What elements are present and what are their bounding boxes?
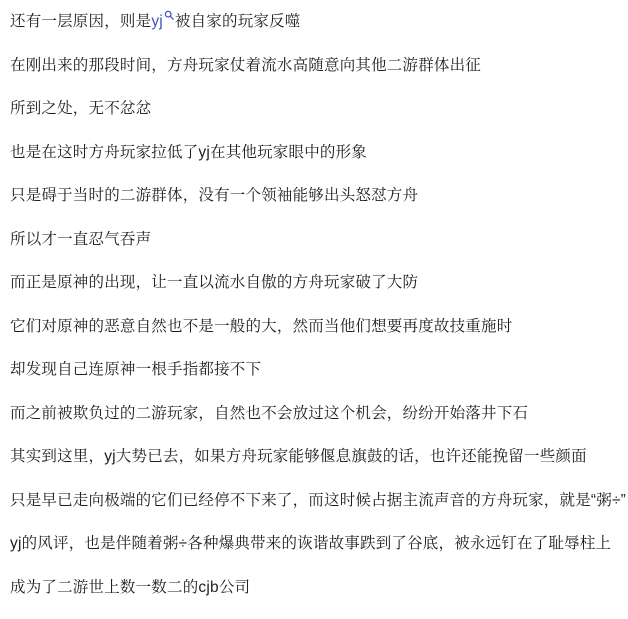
search-icon[interactable]: [164, 10, 174, 20]
paragraph: 而之前被欺负过的二游玩家，自然也不会放过这个机会，纷纷开始落井下石: [10, 403, 620, 424]
paragraph: 它们对原神的恶意自然也不是一般的大，然而当他们想要再度故技重施时: [10, 316, 620, 337]
article-body: 还有一层原因，则是yj 被自家的玩家反噬 在刚出来的那段时间，方舟玩家仗着流水高…: [0, 0, 628, 598]
paragraph: yj的风评，也是伴随着粥÷各种爆典带来的诙谐故事跌到了谷底，被永远钉在了耻辱柱上: [10, 533, 620, 554]
paragraph-text: 被自家的玩家反噬: [175, 13, 301, 30]
paragraph: 还有一层原因，则是yj 被自家的玩家反噬: [10, 10, 620, 32]
yj-entity-link[interactable]: yj: [151, 13, 163, 30]
paragraph: 所到之处，无不忿忿: [10, 98, 620, 119]
paragraph: 只是早已走向极端的它们已经停不下来了，而这时候占据主流声音的方舟玩家，就是“粥÷…: [10, 490, 620, 511]
paragraph: 只是碍于当时的二游群体，没有一个领袖能够出头怒怼方舟: [10, 185, 620, 206]
paragraph: 所以才一直忍气吞声: [10, 229, 620, 250]
paragraph: 而正是原神的出现，让一直以流水自傲的方舟玩家破了大防: [10, 272, 620, 293]
paragraph: 在刚出来的那段时间，方舟玩家仗着流水高随意向其他二游群体出征: [10, 55, 620, 76]
paragraph: 却发现自己连原神一根手指都接不下: [10, 359, 620, 380]
paragraph-text: 还有一层原因，则是: [10, 13, 151, 30]
paragraph: 也是在这时方舟玩家拉低了yj在其他玩家眼中的形象: [10, 142, 620, 163]
paragraph: 其实到这里，yj大势已去，如果方舟玩家能够偃息旗鼓的话，也许还能挽留一些颜面: [10, 446, 620, 467]
paragraph: 成为了二游世上数一数二的cjb公司: [10, 577, 620, 598]
